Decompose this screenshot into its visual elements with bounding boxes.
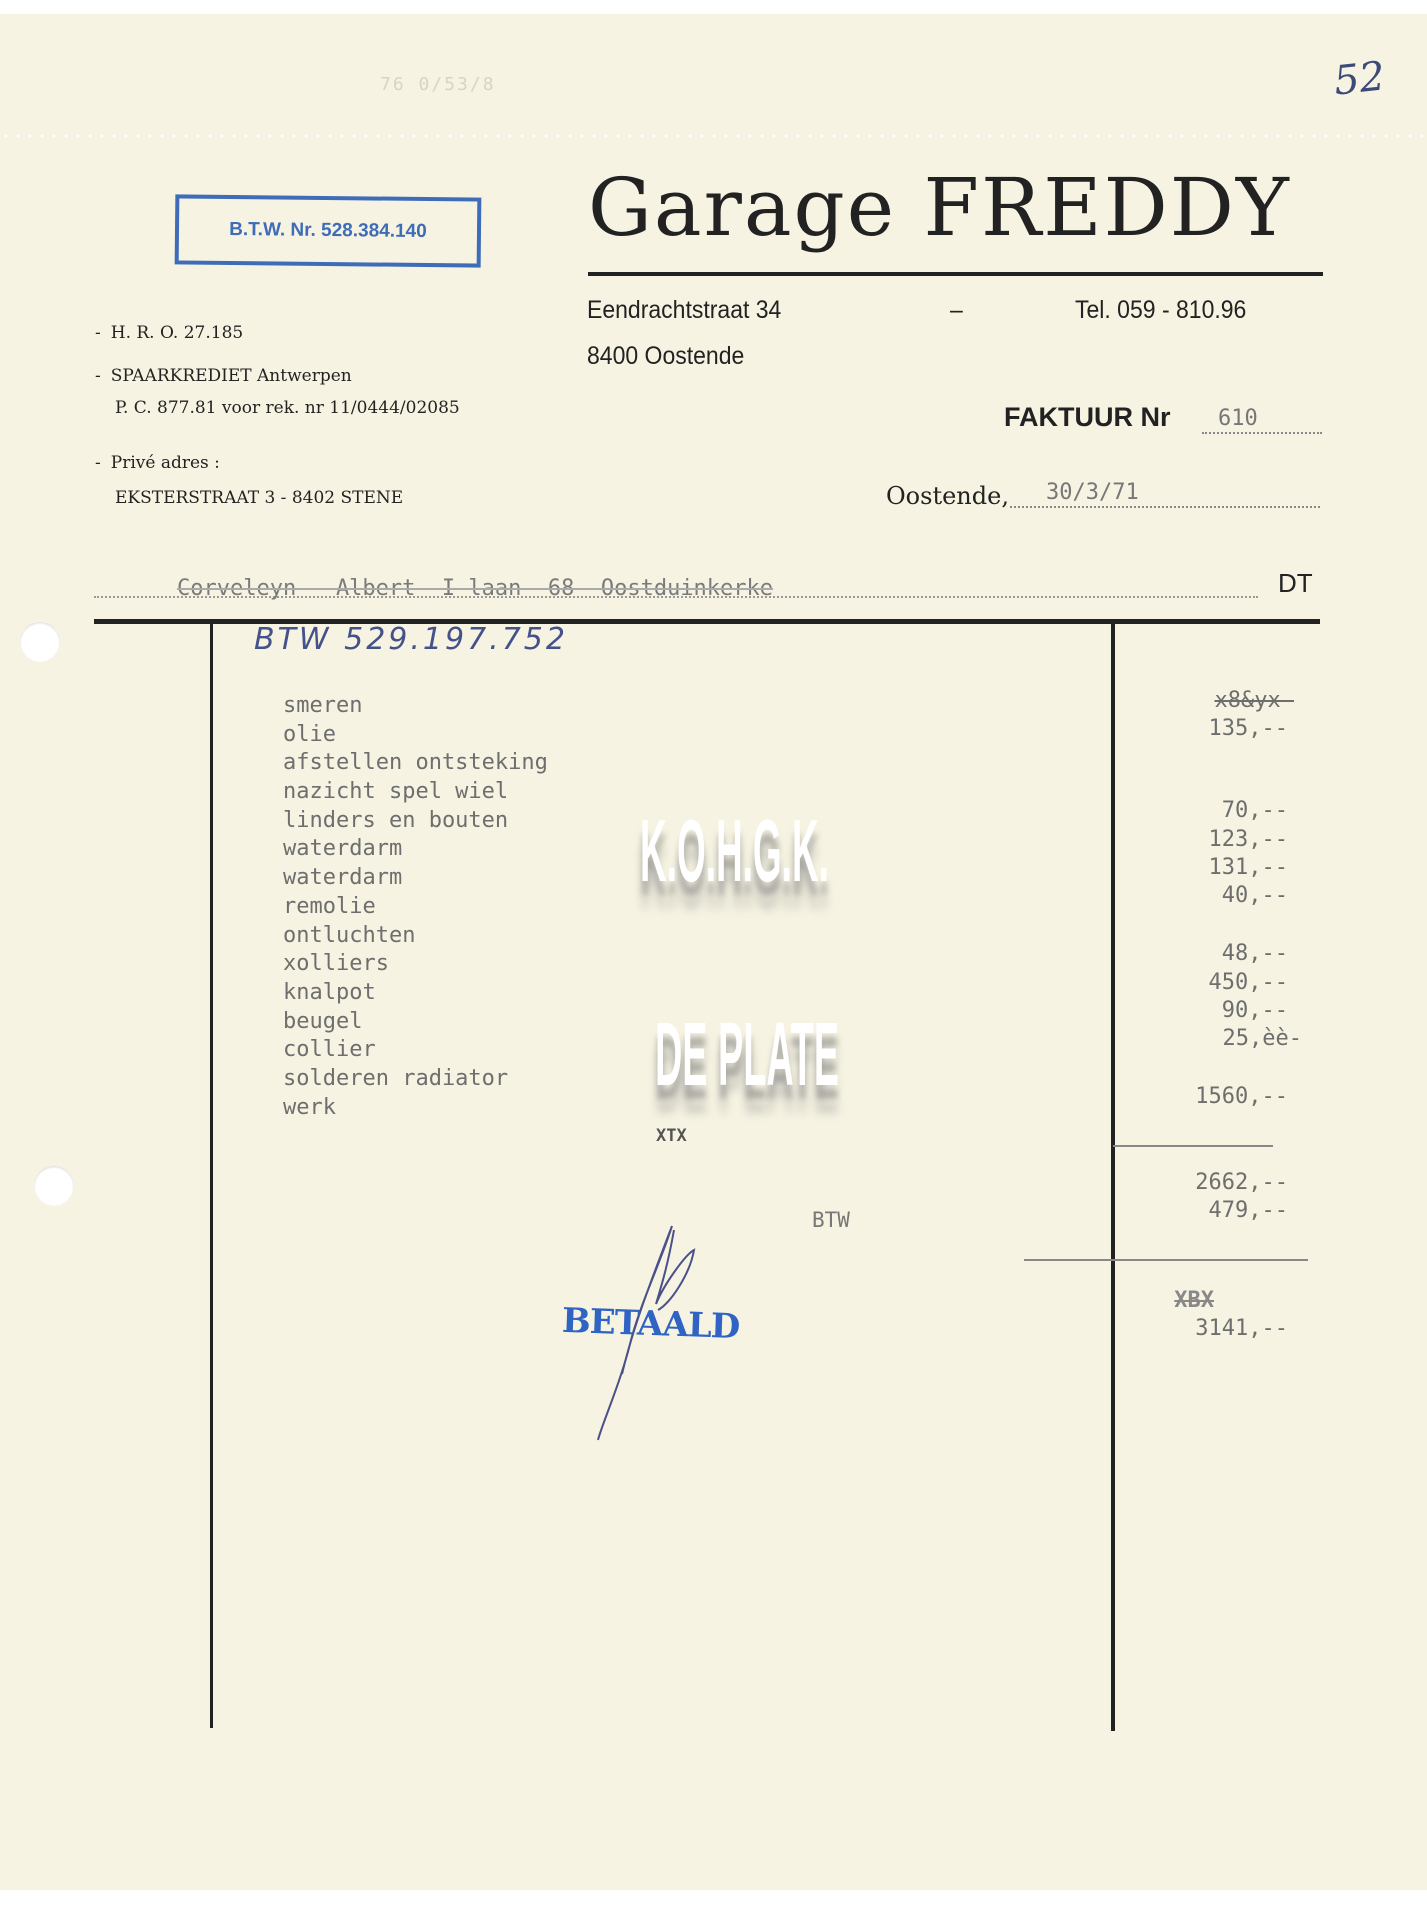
private-address: EKSTERSTRAAT 3 - 8402 STENE [115, 488, 403, 508]
line-item: waterdarm [283, 864, 548, 893]
paid-stamp: BETAALD [561, 1301, 740, 1347]
line-amount: 70,-- [1222, 798, 1288, 823]
place-label: Oostende, [886, 482, 1009, 510]
line-item: afstellen ontsteking [283, 749, 548, 778]
btw-number-stamp: B.T.W. Nr. 528.384.140 [175, 194, 482, 267]
company-name: Garage FREDDY [588, 168, 1291, 248]
customer-btw-handwritten: BTW 529.197.752 [254, 622, 568, 657]
private-address-label: Privé adres : [111, 453, 220, 473]
private-address-label-line: -Privé adres : [95, 453, 220, 473]
date-field: 30/3/71 [1010, 480, 1320, 508]
table-amount-column-rule [1111, 620, 1115, 1731]
bank-name: SPAARKREDIET Antwerpen [111, 366, 352, 386]
line-amount: 450,-- [1209, 970, 1288, 995]
punch-hole-top [20, 622, 60, 662]
btw-stamp-text: B.T.W. Nr. 528.384.140 [229, 219, 427, 243]
handwritten-page-number: 52 [1332, 53, 1387, 104]
subtotal-amount: 2662,-- [1195, 1170, 1288, 1195]
bullet: - [95, 366, 101, 386]
line-item: ontluchten [283, 922, 548, 951]
customer-name-address: Corveleyn Albert I laan 68 Oostduinkerke [177, 576, 773, 601]
line-amount: 123,-- [1209, 827, 1288, 852]
line-amount: 135,-- [1209, 716, 1288, 741]
faint-pencil-mark: 76 0/53/8 [380, 74, 496, 95]
line-item: olie [283, 721, 548, 750]
line-amount: 40,-- [1222, 883, 1288, 908]
line-amount: 1560,-- [1195, 1084, 1288, 1109]
line-item: waterdarm [283, 835, 548, 864]
line-amount: 131,-- [1209, 855, 1288, 880]
hro-line: -H. R. O. 27.185 [95, 323, 243, 343]
faktuur-number-field: 610 [1202, 406, 1322, 434]
btw-label: BTW [812, 1208, 850, 1232]
line-item: linders en bouten [283, 807, 548, 836]
faktuur-number: 610 [1218, 406, 1258, 431]
line-amount: 25,èè- [1223, 1026, 1302, 1051]
btw-amount: 479,-- [1209, 1198, 1288, 1223]
phone-number: Tel. 059 - 810.96 [1075, 296, 1246, 325]
line-amount: 90,-- [1222, 998, 1288, 1023]
table-left-column-rule [210, 620, 213, 1728]
line-item: nazicht spel wiel [283, 778, 548, 807]
line-items: smeren olie afstellen ontsteking nazicht… [283, 692, 548, 1122]
line-item: solderen radiator [283, 1065, 548, 1094]
city-address: 8400 Oostende [587, 342, 744, 371]
bullet: - [95, 453, 101, 473]
struck-total: XBX [1174, 1288, 1214, 1313]
line-item: collier [283, 1036, 548, 1065]
line-item: remolie [283, 893, 548, 922]
bullet: - [95, 323, 101, 343]
subtotal-rule [1113, 1145, 1273, 1147]
line-amount-struck: x8&yx- [1215, 688, 1294, 713]
watermark-kohgk: K.O.H.G.K. [640, 800, 829, 902]
company-name-rule [588, 272, 1323, 276]
line-item: knalpot [283, 979, 548, 1008]
total-amount: 3141,-- [1195, 1316, 1288, 1341]
bank-line: -SPAARKREDIET Antwerpen [95, 366, 352, 386]
perforation-edge [0, 134, 1427, 138]
punch-hole-bottom [34, 1166, 74, 1206]
street-address: Eendrachtstraat 34 [587, 296, 781, 325]
customer-suffix: DT [1278, 568, 1313, 599]
line-item: beugel [283, 1008, 548, 1037]
line-item: werk [283, 1094, 548, 1123]
faktuur-label: FAKTUUR Nr [1004, 402, 1171, 433]
address-dash: – [950, 296, 963, 325]
hro-number: H. R. O. 27.185 [111, 323, 243, 343]
invoice-date: 30/3/71 [1046, 480, 1139, 505]
struck-typed-text: XTX [656, 1126, 687, 1146]
line-item: xolliers [283, 950, 548, 979]
total-rule [1024, 1259, 1308, 1261]
line-amount: 48,-- [1222, 941, 1288, 966]
watermark-de-plate: DE PLATE [655, 1004, 839, 1107]
postal-account: P. C. 877.81 voor rek. nr 11/0444/02085 [115, 398, 460, 418]
line-item: smeren [283, 692, 548, 721]
